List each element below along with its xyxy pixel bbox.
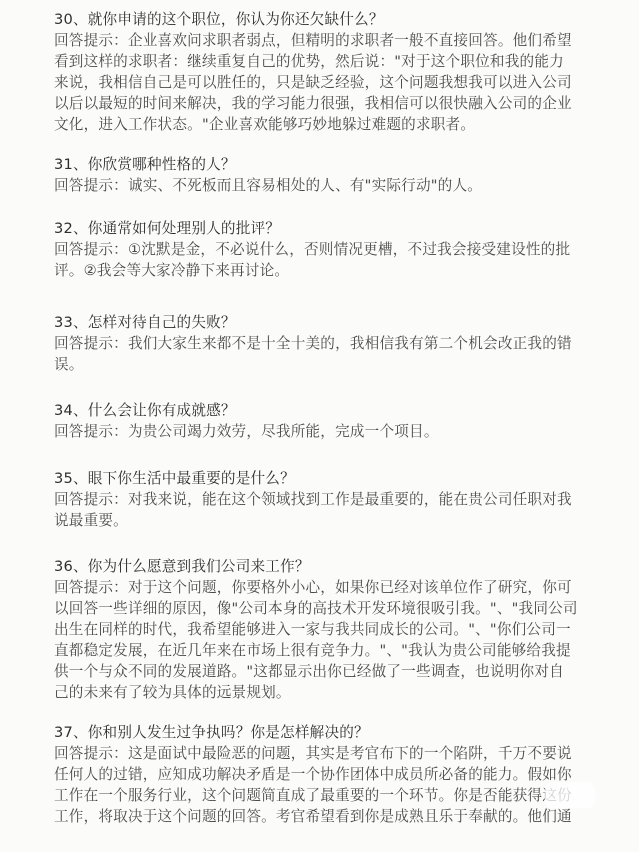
answer-37-line-2: 任何人的过错，应知成功解决矛盾是一个协作团体中成员所必备的能力。假如你 bbox=[54, 766, 572, 784]
question-33: 33、怎样对待自己的失败？ bbox=[54, 314, 236, 332]
answer-30-line-1: 回答提示：企业喜欢问求职者弱点，但精明的求职者一般不直接回答。他们希望 bbox=[54, 32, 572, 50]
answer-36-line-3: 出生在同样的时代，我希望能够进入一家与我共同成长的公司。"、"你们公司一 bbox=[54, 621, 571, 639]
answer-31-line-1: 回答提示：诚实、不死板而且容易相处的人、有"实际行动"的人。 bbox=[54, 177, 482, 195]
answer-37-line-3: 工作在一个服务行业，这个问题简直成了最重要的一个环节。你是否能获得这份 bbox=[54, 787, 572, 805]
answer-36-line-4: 直都稳定发展，在近几年来在市场上很有竞争力。"、"我认为贵公司能够给我提 bbox=[54, 642, 571, 660]
answer-36-line-5: 供一个与众不同的发展道路。"这都显示出你已经做了一些调查，也说明你对自 bbox=[54, 663, 564, 681]
answer-32-line-1: 回答提示：①沈默是金，不必说什么，否则情况更槽，不过我会接受建设性的批 bbox=[54, 241, 570, 259]
answer-37-line-4: 工作，将取决于这个问题的回答。考官希望看到你是成熟且乐于奉献的。他们通 bbox=[54, 808, 572, 826]
question-34: 34、什么会让你有成就感？ bbox=[54, 402, 236, 420]
question-30: 30、就你申请的这个职位，你认为你还欠缺什么？ bbox=[54, 11, 384, 29]
question-35: 35、眼下你生活中最重要的是什么？ bbox=[54, 470, 295, 488]
answer-36-line-2: 以回答一些详细的原因，像"公司本身的高技术开发环境很吸引我。"、"我同公司 bbox=[54, 600, 578, 618]
answer-36-line-1: 回答提示：对于这个问题，你要格外小心，如果你已经对该单位作了研究，你可 bbox=[54, 579, 572, 597]
answer-36-line-6: 己的未来有了较为具体的远景规划。 bbox=[54, 684, 291, 702]
watermark-overlay bbox=[545, 782, 595, 808]
question-31: 31、你欣赏哪种性格的人？ bbox=[54, 156, 236, 174]
answer-30-line-2: 看到这样的求职者：继续重复自己的优势，然后说："对于这个职位和我的能力 bbox=[54, 53, 564, 71]
question-37: 37、你和别人发生过争执吗？你是怎样解决的？ bbox=[54, 724, 369, 742]
answer-35-line-1: 回答提示：对我来说，能在这个领域找到工作是最重要的，能在贵公司任职对我 bbox=[54, 491, 572, 509]
answer-30-line-5: 文化，进入工作状态。"企业喜欢能够巧妙地躲过难题的求职者。 bbox=[54, 116, 475, 134]
answer-33-line-2: 误。 bbox=[54, 356, 84, 374]
answer-33-line-1: 回答提示：我们大家生来都不是十全十美的，我相信我有第二个机会改正我的错 bbox=[54, 335, 572, 353]
answer-35-line-2: 说最重要。 bbox=[54, 512, 128, 530]
answer-30-line-3: 来说，我相信自己是可以胜任的，只是缺乏经验，这个问题我想我可以进入公司 bbox=[54, 74, 572, 92]
answer-32-line-2: 评。②我会等大家冷静下来再讨论。 bbox=[54, 262, 289, 280]
answer-37-line-1: 回答提示：这是面试中最险恶的问题，其实是考官布下的一个陷阱，千万不要说 bbox=[54, 745, 572, 763]
question-32: 32、你通常如何处理别人的批评？ bbox=[54, 220, 280, 238]
answer-30-line-4: 以后以最短的时间来解决，我的学习能力很强，我相信可以很快融入公司的企业 bbox=[54, 95, 572, 113]
answer-34-line-1: 回答提示：为贵公司竭力效劳，尽我所能，完成一个项目。 bbox=[54, 423, 439, 441]
question-36: 36、你为什么愿意到我们公司来工作？ bbox=[54, 558, 310, 576]
